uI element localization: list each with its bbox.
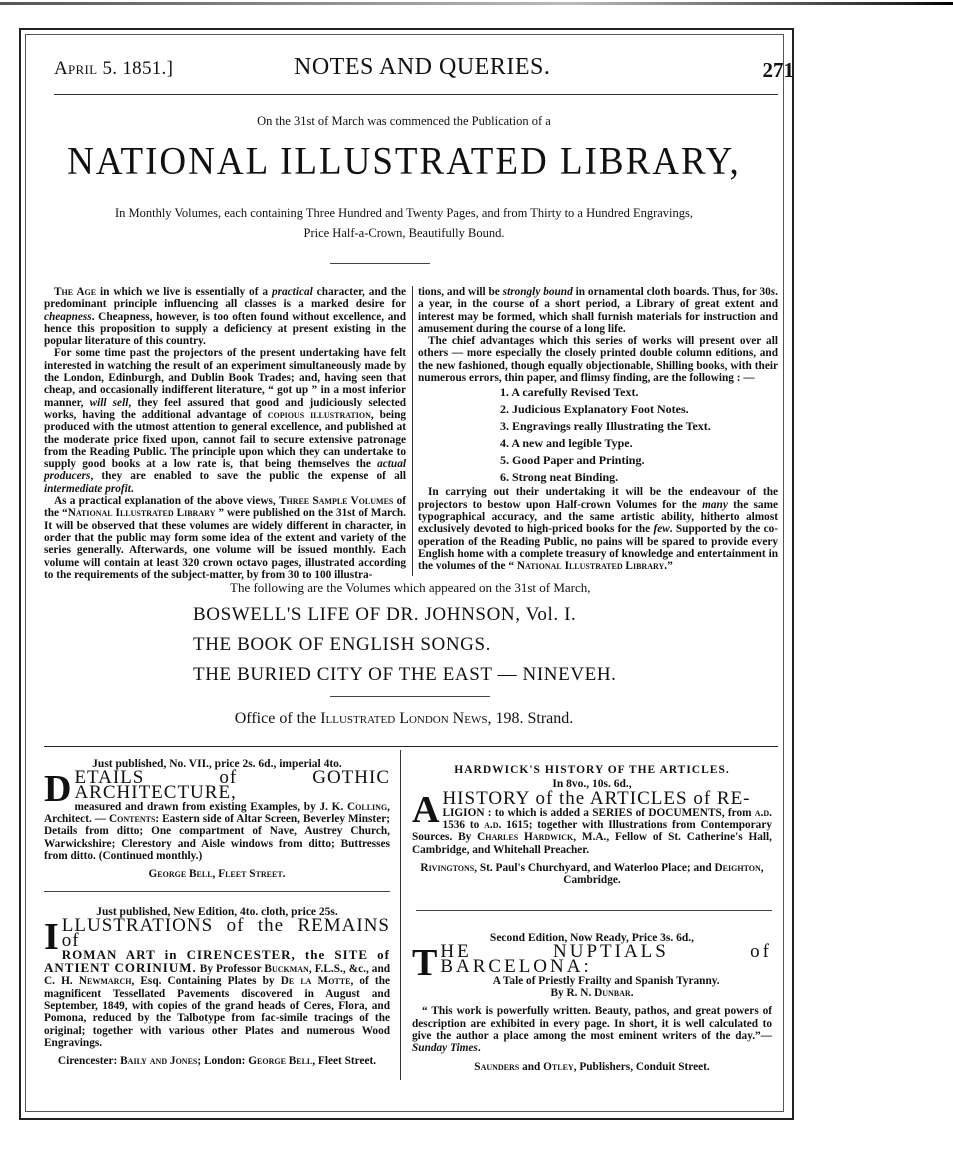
volume-title: BOSWELL'S LIFE OF DR. JOHNSON, Vol. I. bbox=[193, 604, 576, 626]
ad-title: ETAILS of GOTHIC ARCHITECTURE, bbox=[74, 767, 390, 802]
paragraph: In carrying out their undertaking it wil… bbox=[418, 486, 778, 572]
volumes-intro: The following are the Volumes which appe… bbox=[230, 580, 591, 596]
running-head: April 5. 1851.] NOTES AND QUERIES. 271 bbox=[54, 50, 794, 86]
ad-hardwick-history: HARDWICK'S HISTORY OF THE ARTICLES. In 8… bbox=[412, 764, 772, 887]
paragraph: tions, and will be strongly bound in orn… bbox=[418, 286, 778, 335]
ad-separator bbox=[416, 910, 772, 911]
ad-review-quote: “ This work is powerfully written. Beaut… bbox=[412, 1005, 772, 1054]
ad-heading: HARDWICK'S HISTORY OF THE ARTICLES. bbox=[412, 764, 772, 776]
drop-cap: A bbox=[412, 795, 439, 825]
ads-column-divider bbox=[400, 750, 401, 1080]
list-item: 4. A new and legible Type. bbox=[418, 435, 778, 452]
left-text-column: The Age in which we live is essentially … bbox=[44, 286, 406, 581]
ad-gothic-architecture: Just published, No. VII., price 2s. 6d.,… bbox=[44, 758, 390, 881]
ad-publisher: George Bell, Fleet Street. bbox=[44, 868, 390, 880]
ad-roman-art: Just published, New Edition, 4to. cloth,… bbox=[44, 906, 390, 1068]
ad-title: LLUSTRATIONS of the REMAINS of bbox=[62, 915, 390, 950]
column-divider bbox=[412, 286, 413, 576]
ad-publisher: Saunders and Otley, Publishers, Conduit … bbox=[412, 1061, 772, 1073]
list-item: 5. Good Paper and Printing. bbox=[418, 452, 778, 469]
ad-publisher: Rivingtons, St. Paul's Churchyard, and W… bbox=[412, 862, 772, 887]
scan-edge-line bbox=[0, 2, 953, 5]
ad-title: HISTORY of the ARTICLES of RE- bbox=[442, 788, 750, 809]
page-number: 271 bbox=[763, 58, 795, 83]
issue-date: April 5. 1851.] bbox=[54, 58, 173, 80]
volume-title: THE BOOK OF ENGLISH SONGS. bbox=[193, 634, 491, 656]
advantages-list: 1. A carefully Revised Text. 2. Judiciou… bbox=[418, 384, 778, 486]
paragraph: The Age in which we live is essentially … bbox=[44, 286, 406, 347]
list-item: 3. Engravings really Illustrating the Te… bbox=[418, 418, 778, 435]
header-rule bbox=[54, 94, 778, 95]
section-rule bbox=[330, 263, 430, 264]
volume-title: THE BURIED CITY OF THE EAST — NINEVEH. bbox=[193, 664, 617, 686]
list-item: 1. A carefully Revised Text. bbox=[418, 384, 778, 401]
list-item: 2. Judicious Explanatory Foot Notes. bbox=[418, 401, 778, 418]
ad-title: HE NUPTIALS of BARCELONA: bbox=[440, 941, 772, 976]
section-rule bbox=[330, 696, 490, 697]
list-item: 6. Strong neat Binding. bbox=[418, 469, 778, 486]
library-subtitle: In Monthly Volumes, each containing Thre… bbox=[30, 206, 778, 221]
paragraph: For some time past the projectors of the… bbox=[44, 347, 406, 495]
paragraph: The chief advantages which this series o… bbox=[418, 335, 778, 384]
ad-publisher: Cirencester: Baily and Jones; London: Ge… bbox=[44, 1055, 390, 1067]
drop-cap: I bbox=[44, 922, 59, 952]
drop-cap: T bbox=[412, 948, 437, 978]
paragraph: As a practical explanation of the above … bbox=[44, 495, 406, 581]
library-title: NATIONAL ILLUSTRATED LIBRARY, bbox=[30, 139, 778, 184]
announcement-intro: On the 31st of March was commenced the P… bbox=[30, 114, 778, 129]
library-price: Price Half-a-Crown, Beautifully Bound. bbox=[30, 226, 778, 241]
ad-nuptials-barcelona: Second Edition, Now Ready, Price 3s. 6d.… bbox=[412, 932, 772, 1073]
drop-cap: D bbox=[44, 774, 71, 804]
journal-title: NOTES AND QUERIES. bbox=[294, 54, 550, 81]
ad-separator bbox=[44, 891, 390, 892]
office-address: Office of the Illustrated London News, 1… bbox=[30, 710, 778, 728]
right-text-column: tions, and will be strongly bound in orn… bbox=[418, 286, 778, 572]
section-divider bbox=[44, 746, 778, 747]
